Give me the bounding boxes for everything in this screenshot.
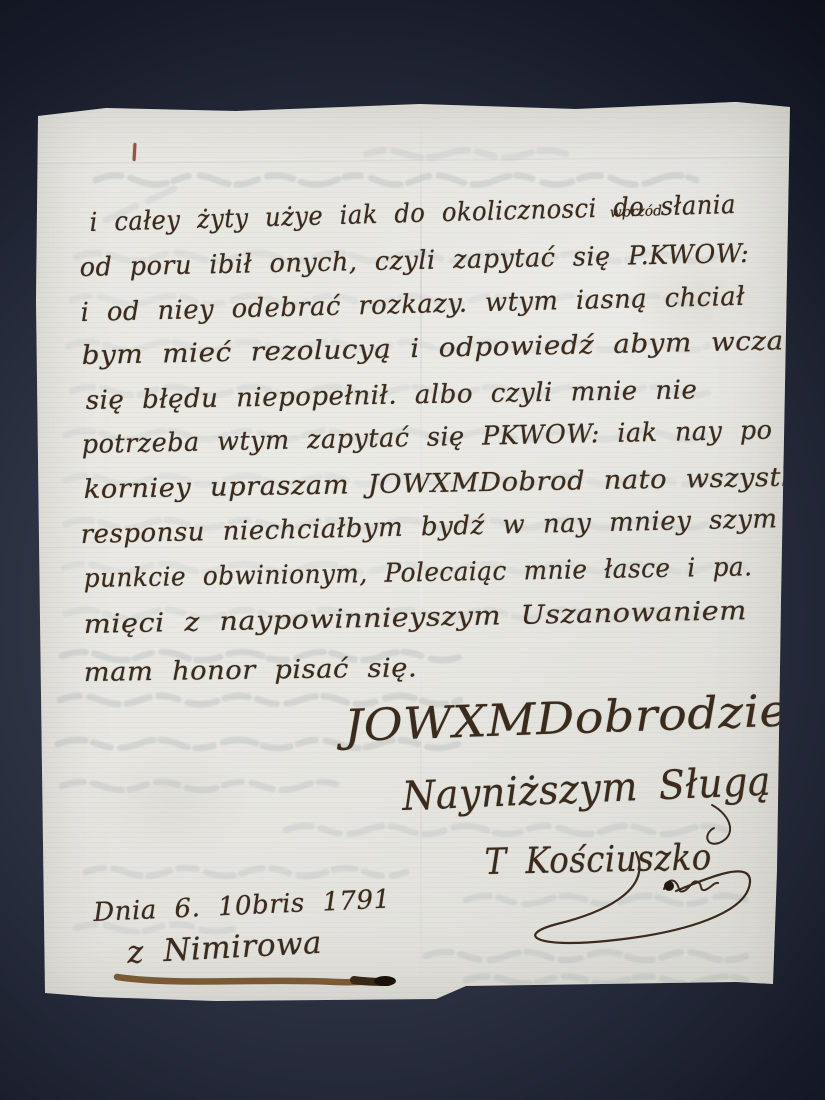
ink-flourishes — [36, 100, 792, 1008]
place-underline — [117, 976, 396, 986]
letter-paper: i całey żyty użye iak do okolicznosci do… — [36, 100, 792, 1008]
photo-background: i całey żyty użye iak do okolicznosci do… — [0, 0, 825, 1100]
signature-flourish — [535, 805, 750, 943]
